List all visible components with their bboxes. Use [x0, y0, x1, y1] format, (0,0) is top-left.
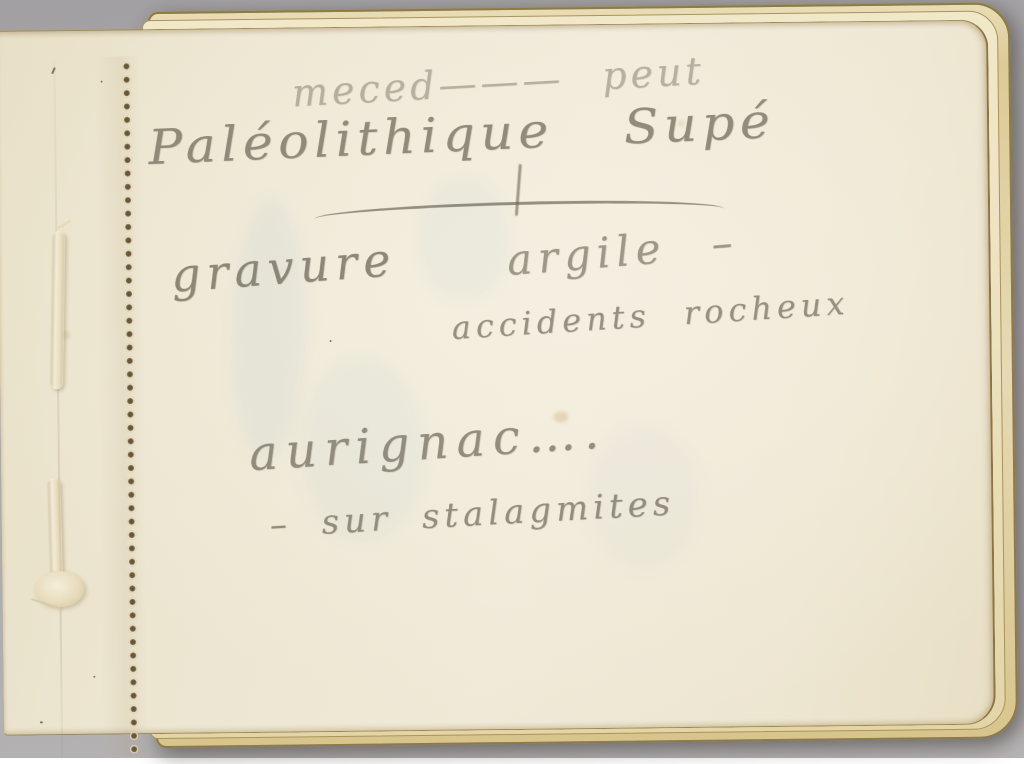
- handwriting-heading-paleolithique: Paléolithique Supé: [147, 93, 776, 176]
- photo-background: meced——— peut Paléolithique Supé gravure…: [0, 0, 1024, 758]
- notebook-page: meced——— peut Paléolithique Supé gravure…: [0, 20, 996, 736]
- ink-show-through: [229, 198, 307, 462]
- handwriting-aurignac: aurignac….: [247, 404, 608, 483]
- handwriting-gravure: gravure: [169, 232, 398, 303]
- thread-fiber: [57, 219, 72, 230]
- notebook: meced——— peut Paléolithique Supé gravure…: [0, 0, 1024, 758]
- stub-crease: [53, 61, 63, 757]
- paper-speck: [330, 340, 332, 342]
- ink-show-through: [418, 176, 511, 302]
- paper-speck: [93, 676, 95, 678]
- handwriting-argile: argile –: [505, 217, 740, 285]
- paper-speck: [40, 721, 43, 723]
- binding-thread-top: [50, 231, 65, 389]
- handwriting-accidents-rocheux: accidents rocheux: [450, 284, 850, 347]
